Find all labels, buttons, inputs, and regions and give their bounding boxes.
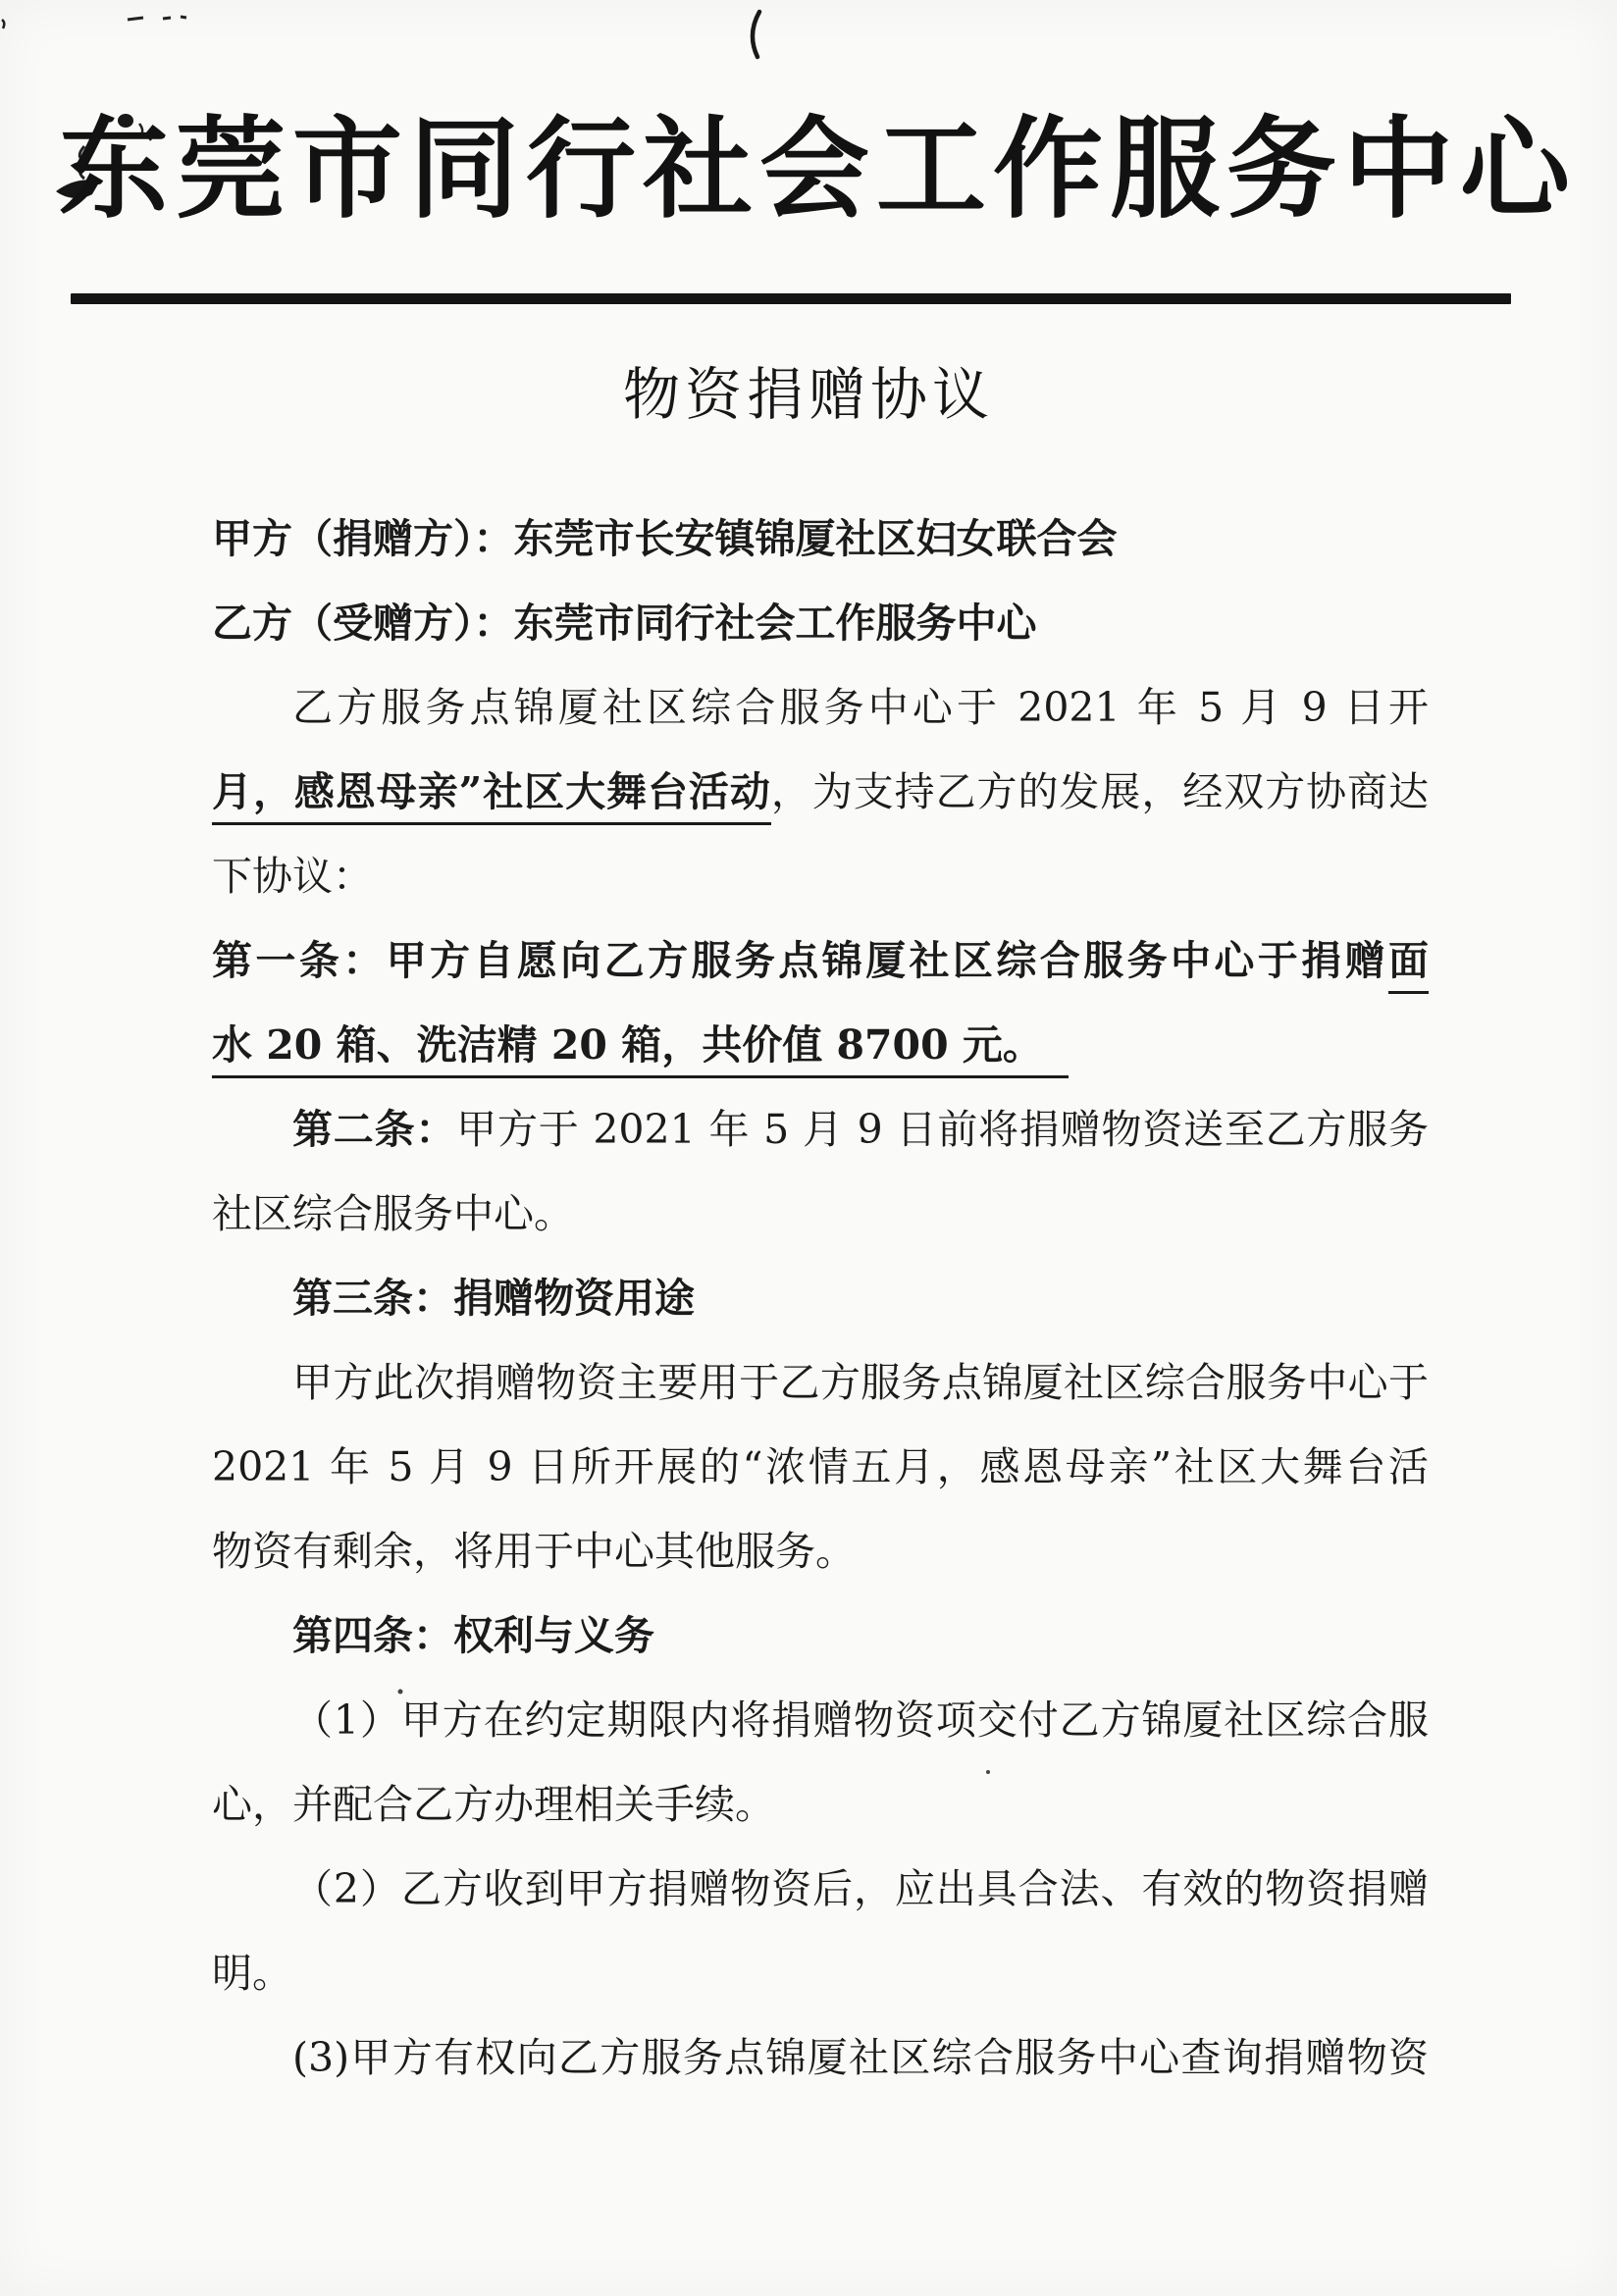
page-title: 物资捐赠协议	[0, 353, 1617, 436]
party-a-text: 甲方（捐赠方）：东莞市长安镇锦厦社区妇女联合会	[212, 515, 1118, 562]
clause-4-item-1-text: （1）甲方在约定期限内将捐赠物资项交付乙方锦厦社区综合服务中	[292, 1696, 1429, 1762]
clause-1-label: 第一条：	[212, 937, 387, 984]
preamble-line-1: 乙方服务点锦厦社区综合服务中心于 2021 年 5 月 9 日开展“浓情五	[212, 665, 1429, 750]
donation-items-underlined: 水 20 箱、洗洁精 20 箱，共价值 8700 元。	[212, 1021, 1069, 1078]
clause-1-line-1: 第一条：甲方自愿向乙方服务点锦厦社区综合服务中心于捐赠面 400 箱、	[212, 918, 1429, 1003]
clause-4-item-2-line-2: 明。	[212, 1931, 1429, 2015]
clause-3-heading: 第三条：捐赠物资用途	[212, 1256, 1429, 1340]
clause-4-title: 权利与义务	[453, 1612, 654, 1659]
clause-3-text: 物资有剩余，将用于中心其他服务。	[212, 1528, 856, 1575]
clause-4-item-2-text: 明。	[212, 1950, 292, 1997]
clause-3-line-2: 2021 年 5 月 9 日所开展的“浓情五月，感恩母亲”社区大舞台活动，若	[212, 1425, 1429, 1509]
clause-3-line-1: 甲方此次捐赠物资主要用于乙方服务点锦厦社区综合服务中心于	[212, 1340, 1429, 1425]
clause-3-text: 甲方此次捐赠物资主要用于乙方服务点锦厦社区综合服务中心于	[292, 1359, 1429, 1406]
event-name-underlined: 月，感恩母亲”社区大舞台活动	[212, 768, 771, 825]
clause-4-item-1-line-2: 心，并配合乙方办理相关手续。	[212, 1762, 1429, 1847]
clause-4-item-3-text: (3)甲方有权向乙方服务点锦厦社区综合服务中心查询捐赠物资的使	[292, 2034, 1429, 2100]
clause-3-label: 第三条：	[292, 1275, 453, 1322]
preamble-line-3: 下协议：	[212, 834, 1429, 918]
party-b-text: 乙方（受赠方）：东莞市同行社会工作服务中心	[212, 600, 1037, 647]
preamble-line-2: 月，感恩母亲”社区大舞台活动，为支持乙方的发展，经双方协商达成如	[212, 750, 1429, 834]
clause-2-text: 甲方于 2021 年 5 月 9 日前将捐赠物资送至乙方服务点锦厦	[292, 1106, 1429, 1172]
clause-4-item-1-text: 心，并配合乙方办理相关手续。	[212, 1781, 775, 1828]
clause-3-text: 2021 年 5 月 9 日所开展的“浓情五月，感恩母亲”社区大舞台活动，若	[212, 1443, 1429, 1509]
letterhead-rule	[71, 293, 1511, 304]
clause-2-line-1: 第二条：甲方于 2021 年 5 月 9 日前将捐赠物资送至乙方服务点锦厦	[212, 1087, 1429, 1172]
clause-4-label: 第四条：	[292, 1612, 453, 1659]
clause-2-line-2: 社区综合服务中心。	[212, 1172, 1429, 1256]
scanned-document-page: { "document": { "letterhead": "东莞市同行社会工作…	[0, 0, 1617, 2296]
agreement-body: 甲方（捐赠方）：东莞市长安镇锦厦社区妇女联合会 乙方（受赠方）：东莞市同行社会工…	[212, 496, 1429, 2100]
clause-4-item-2-text: （2）乙方收到甲方捐赠物资后，应出具合法、有效的物资捐赠接收证	[292, 1865, 1429, 1931]
clause-1-text: 甲方自愿向乙方服务点锦厦社区综合服务中心于捐赠	[387, 937, 1388, 984]
preamble-text: 下协议：	[212, 853, 373, 900]
clause-3-line-3: 物资有剩余，将用于中心其他服务。	[212, 1509, 1429, 1593]
clause-2-text: 社区综合服务中心。	[212, 1190, 574, 1237]
clause-4-item-3-line-1: (3)甲方有权向乙方服务点锦厦社区综合服务中心查询捐赠物资的使	[212, 2015, 1429, 2100]
clause-2-label: 第二条：	[292, 1106, 456, 1153]
party-a-line: 甲方（捐赠方）：东莞市长安镇锦厦社区妇女联合会	[212, 496, 1429, 581]
clause-3-title: 捐赠物资用途	[453, 1275, 695, 1322]
clause-4-item-2-line-1: （2）乙方收到甲方捐赠物资后，应出具合法、有效的物资捐赠接收证	[212, 1847, 1429, 1931]
preamble-text: 乙方服务点锦厦社区综合服务中心于 2021 年 5 月 9 日开展	[292, 684, 1429, 750]
clause-4-heading: 第四条：权利与义务	[212, 1593, 1429, 1678]
clause-1-line-2: 水 20 箱、洗洁精 20 箱，共价值 8700 元。	[212, 1003, 1429, 1087]
letterhead-title: 东莞市同行社会工作服务中心	[59, 77, 1491, 263]
clause-4-item-1-line-1: （1）甲方在约定期限内将捐赠物资项交付乙方锦厦社区综合服务中	[212, 1678, 1429, 1762]
party-b-line: 乙方（受赠方）：东莞市同行社会工作服务中心	[212, 581, 1429, 665]
